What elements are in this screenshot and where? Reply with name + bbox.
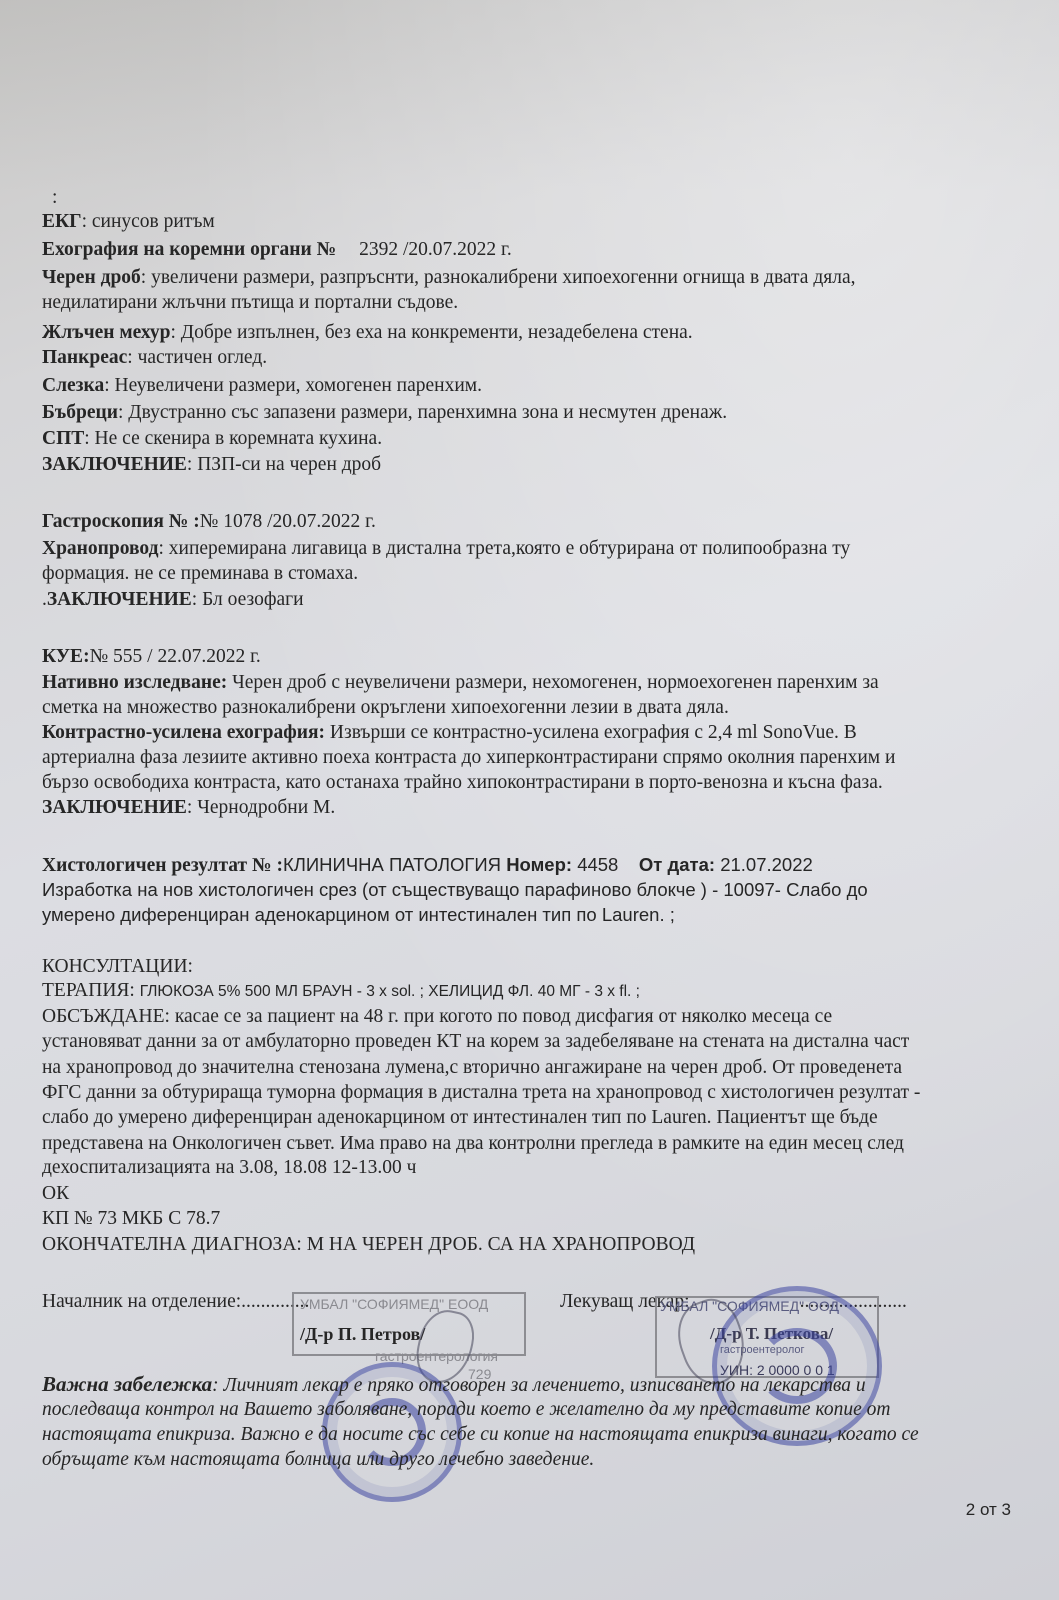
histology-date: 21.07.2022 [720,854,813,875]
ultrasound-conclusion-value: : ПЗП-си на черен дроб [187,454,381,475]
spleen-value: : Неувеличени размери, хомогенен паренхи… [104,375,482,396]
note-line-3: настоящата епикриза. Важно е да носите с… [42,1423,919,1447]
discussion-line-6: представена на Онкологичен съвет. Има пр… [42,1132,904,1156]
native-line: Нативно изследване: Черен дроб с неувели… [42,671,879,695]
histology-dept: КЛИНИЧНА ПАТОЛОГИЯ [283,854,506,875]
therapy-value: ГЛЮКОЗА 5% 500 МЛ БРАУН - 3 x sol. ; ХЕЛ… [140,983,640,1000]
kidneys-label: Бъбреци [42,402,118,423]
kp-line: КП № 73 МКБ С 78.7 [42,1207,220,1231]
pancreas-value: : частичен оглед. [127,347,267,368]
contrast-value: Извърши се контрастно-усилена ехография … [325,722,857,743]
ok-line: ОК [42,1182,69,1206]
contrast-line-3: бързо освободиха контраста, като останах… [42,771,883,795]
histology-number: 4458 [577,854,618,875]
top-marker: : [52,186,57,210]
therapy-line: ТЕРАПИЯ: ГЛЮКОЗА 5% 500 МЛ БРАУН - 3 x s… [42,979,640,1004]
kidneys-value: : Двустранно със запазени размери, парен… [118,402,727,423]
note-title: Важна забележка [42,1372,212,1396]
histology-line-2: Изработка на нов хистологичен срез (от с… [42,878,868,902]
head-stamp-org: УМБАЛ "СОФИЯМЕД" ЕООД [300,1296,488,1312]
ecg-label: ЕКГ [42,211,82,232]
discussion-line-7: дехоспитализацията на 3.08, 18.08 12-13.… [42,1156,416,1180]
liver-label: Черен дроб [42,267,141,288]
spt-value: : Не се скенира в коремната кухина. [84,428,382,449]
ceus-header: КУЕ:№ 555 / 22.07.2022 г. [42,645,261,669]
liver-value: : увеличени размери, разпръснти, разнока… [141,267,856,288]
gastroscopy-number-date: № 1078 /20.07.2022 г. [200,511,376,532]
ceus-conclusion-value: : Чернодробни М. [187,797,335,818]
pancreas-label: Панкреас [42,347,127,368]
spt-line: СПТ: Не се скенира в коремната кухина. [42,427,382,451]
liver-line-2: недилатирани жлъчни пътища и портални съ… [42,291,458,315]
ultrasound-title: Ехография на коремни органи № [42,239,336,260]
final-diagnosis: ОКОНЧАТЕЛНА ДИАГНОЗА: М НА ЧЕРЕН ДРОБ. С… [42,1233,695,1257]
spleen-label: Слезка [42,375,104,396]
esophagus-line-2: формация. не се преминава в стомаха. [42,562,358,586]
ultrasound-number-date: 2392 /20.07.2022 г. [359,239,512,260]
pancreas-line: Панкреас: частичен оглед. [42,346,267,370]
note-line-4: обръщате към настоящата болница или друг… [42,1448,594,1472]
esophagus-value: : хиперемирана лигавица в дистална трета… [158,538,850,559]
ceus-number-date: № 555 / 22.07.2022 г. [90,646,261,667]
discussion-line-5: слабо до умерено диференциран аденокарци… [42,1106,878,1130]
contrast-line: Контрастно-усилена ехография: Извърши се… [42,721,857,745]
discussion-line-3: на хранопровод до значителна стенозана л… [42,1056,902,1080]
native-value: Черен дроб с неувеличени размери, нехомо… [227,672,879,693]
contrast-line-2: артериална фаза лезиите активно поеха ко… [42,746,895,770]
esophagus-line: Хранопровод: хиперемирана лигавица в дис… [42,537,850,561]
histology-label: Хистологичен резултат № : [42,855,283,876]
histology-line-3: умерено диференциран аденокарцином от ин… [42,903,675,927]
ceus-conclusion-label: ЗАКЛЮЧЕНИЕ [42,797,187,818]
therapy-label: ТЕРАПИЯ: [42,980,140,1001]
note-line-1: Важна забележка: Личният лекар е пряко о… [42,1372,866,1398]
ecg-value: : синусов ритъм [82,211,215,232]
native-line-2: сметка на множество разнокалибрени окръг… [42,696,729,720]
histology-date-label: От дата: [618,854,720,875]
gastroscopy-conclusion-value: : Бл оезофаги [192,589,304,610]
ceus-title: КУЕ: [42,646,90,667]
gastroscopy-conclusion-label: ЗАКЛЮЧЕНИЕ [47,589,192,610]
gastroscopy-header: Гастроскопия № :№ 1078 /20.07.2022 г. [42,510,376,534]
native-label: Нативно изследване: [42,672,227,693]
discussion-line-1: ОБСЪЖДАНЕ: касае се за пациент на 48 г. … [42,1005,832,1029]
ultrasound-header: Ехография на коремни органи № 2392 /20.0… [42,238,512,262]
gastroscopy-title: Гастроскопия № : [42,511,200,532]
spleen-line: Слезка: Неувеличени размери, хомогенен п… [42,374,482,398]
histology-header: Хистологичен резултат № :КЛИНИЧНА ПАТОЛО… [42,853,813,878]
page-indicator: 2 от 3 [966,1500,1011,1520]
discussion-line-2: установяват данни за от амбулаторно пров… [42,1030,909,1054]
ultrasound-conclusion-label: ЗАКЛЮЧЕНИЕ [42,454,187,475]
discussion-label: ОБСЪЖДАНЕ: [42,1006,175,1027]
discussion-text: касае се за пациент на 48 г. при когото … [175,1006,832,1027]
ultrasound-conclusion: ЗАКЛЮЧЕНИЕ: ПЗП-си на черен дроб [42,453,381,477]
note-line-2: последваща контрол на Вашето заболяване,… [42,1398,890,1422]
head-label: Началник на отделение: [42,1291,241,1312]
gallbladder-label: Жлъчен мехур [42,322,171,343]
document-page: : ЕКГ: синусов ритъм Ехография на коремн… [0,0,1059,1600]
esophagus-label: Хранопровод [42,538,158,559]
ceus-conclusion: ЗАКЛЮЧЕНИЕ: Чернодробни М. [42,796,335,820]
head-signature-line: Началник на отделение:.............. [42,1290,309,1314]
histology-number-label: Номер: [506,854,577,875]
gallbladder-line: Жлъчен мехур: Добре изпълнен, без еха на… [42,321,693,345]
gallbladder-value: : Добре изпълнен, без еха на конкременти… [171,322,693,343]
consultations-label: КОНСУЛТАЦИИ: [42,955,193,979]
ecg-line: ЕКГ: синусов ритъм [42,210,215,234]
kidneys-line: Бъбреци: Двустранно със запазени размери… [42,401,727,425]
discussion-line-4: ФГС данни за обтурираща туморна формация… [42,1081,920,1105]
contrast-label: Контрастно-усилена ехография: [42,722,325,743]
liver-line: Черен дроб: увеличени размери, разпръснт… [42,266,856,290]
head-name: /Д-р П. Петров/ [300,1322,425,1346]
gastroscopy-conclusion: .ЗАКЛЮЧЕНИЕ: Бл оезофаги [42,588,304,612]
note-text: : Личният лекар е пряко отговорен за леч… [212,1375,866,1396]
spt-label: СПТ [42,428,84,449]
